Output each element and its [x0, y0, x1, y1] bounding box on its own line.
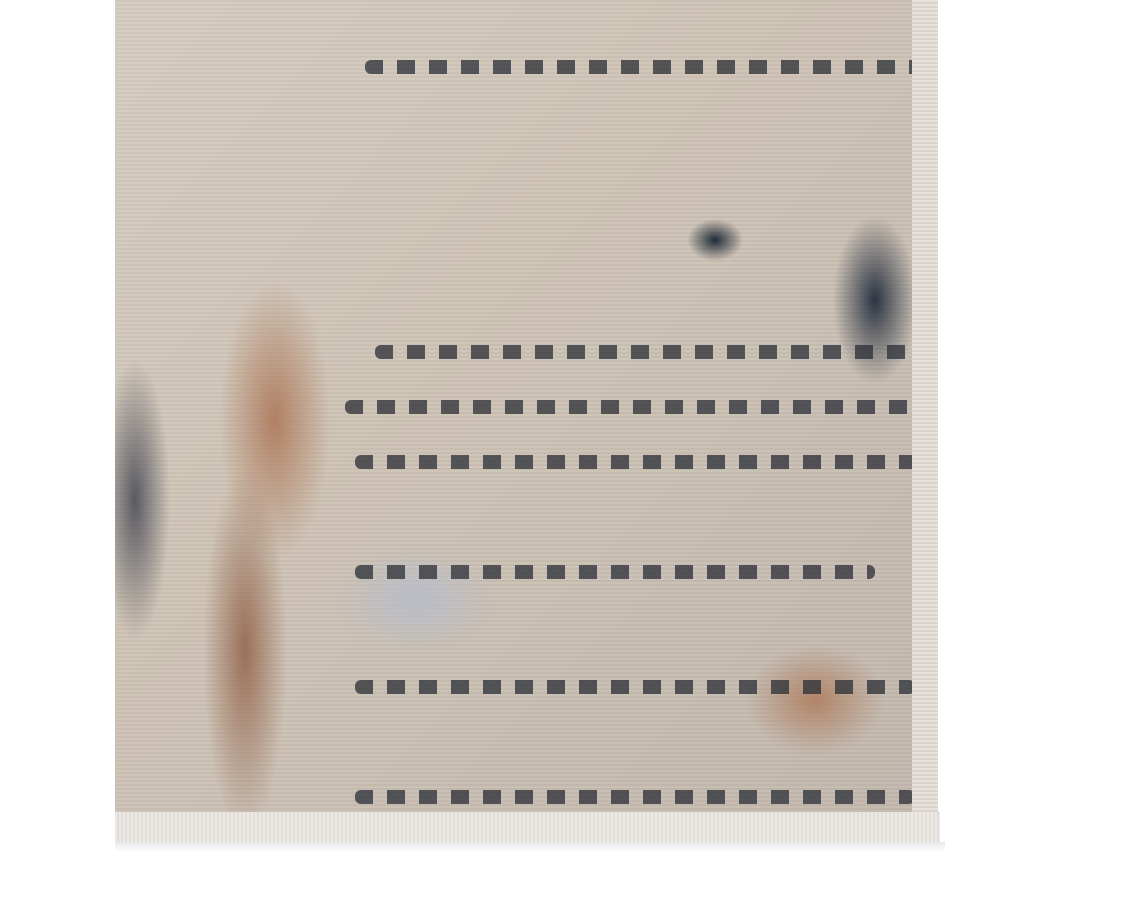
rug-edge-right	[912, 0, 938, 842]
pattern-row	[345, 400, 925, 414]
pattern-row	[375, 345, 935, 359]
pattern-row	[355, 680, 915, 694]
pattern-row	[355, 790, 915, 804]
pattern-row	[355, 565, 875, 579]
rug-shadow	[115, 842, 945, 852]
pattern-row	[365, 60, 925, 74]
rug-body	[115, 0, 935, 842]
pattern-row	[355, 455, 935, 469]
rug-fringe-bottom	[115, 812, 940, 842]
